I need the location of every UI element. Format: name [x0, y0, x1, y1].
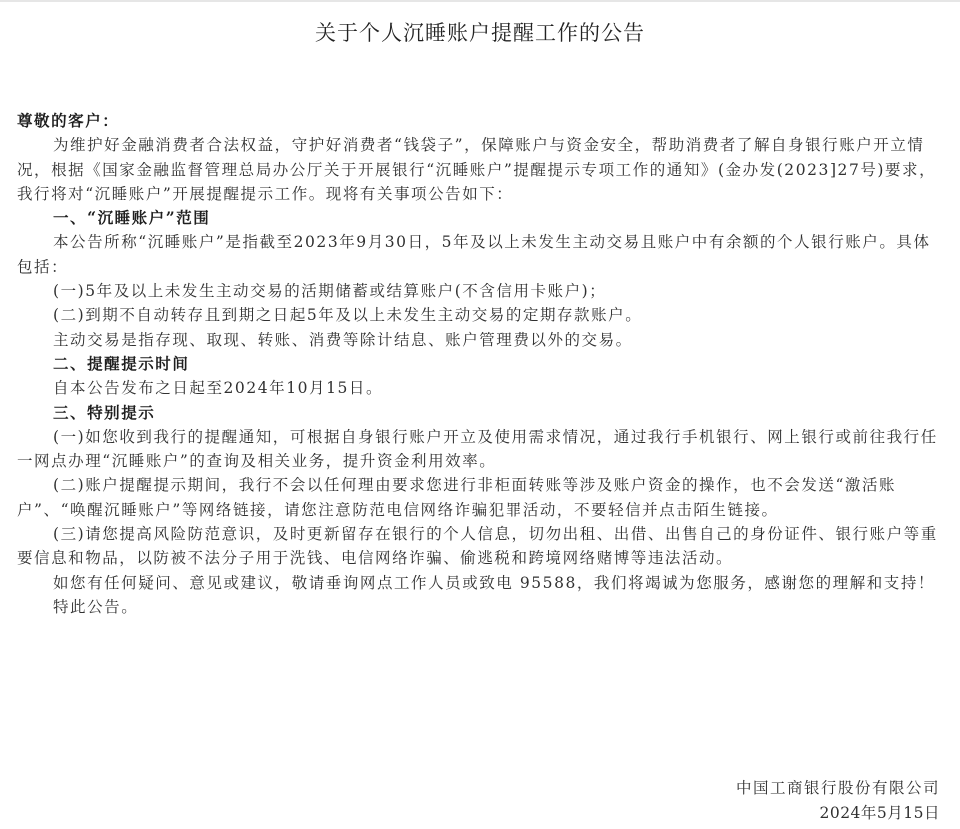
- period-text: 自本公告发布之日起至2024年10月15日。: [17, 376, 943, 400]
- final-statement: 特此公告。: [17, 595, 943, 619]
- scope-definition: 本公告所称“沉睡账户”是指截至2023年9月30日，5年及以上未发生主动交易且账…: [17, 230, 943, 279]
- section-heading-special-notes: 三、特别提示: [17, 401, 943, 425]
- top-divider: [0, 0, 960, 2]
- announcement-body: 尊敬的客户： 为维护好金融消费者合法权益，守护好消费者“钱袋子”，保障账户与资金…: [17, 109, 943, 619]
- closing-paragraph: 如您有任何疑问、意见或建议，敬请垂询网点工作人员或致电 95588，我们将竭诚为…: [17, 571, 943, 595]
- signature-organization: 中国工商银行股份有限公司: [736, 776, 940, 800]
- section-heading-period: 二、提醒提示时间: [17, 352, 943, 376]
- special-note-3: (三)请您提高风险防范意识，及时更新留存在银行的个人信息，切勿出租、出借、出售自…: [17, 522, 943, 571]
- special-note-2: (二)账户提醒提示期间，我行不会以任何理由要求您进行非柜面转账等涉及账户资金的操…: [17, 473, 943, 522]
- special-note-1: (一)如您收到我行的提醒通知，可根据自身银行账户开立及使用需求情况，通过我行手机…: [17, 425, 943, 474]
- scope-item-1: (一)5年及以上未发生主动交易的活期储蓄或结算账户(不含信用卡账户)；: [17, 279, 943, 303]
- intro-paragraph: 为维护好金融消费者合法权益，守护好消费者“钱袋子”，保障账户与资金安全，帮助消费…: [17, 133, 943, 206]
- section-heading-scope: 一、“沉睡账户”范围: [17, 206, 943, 230]
- scope-note: 主动交易是指存现、取现、转账、消费等除计结息、账户管理费以外的交易。: [17, 328, 943, 352]
- scope-item-2: (二)到期不自动转存且到期之日起5年及以上未发生主动交易的定期存款账户。: [17, 303, 943, 327]
- page-title: 关于个人沉睡账户提醒工作的公告: [0, 18, 960, 48]
- signature-date: 2024年5月15日: [819, 801, 940, 825]
- salutation: 尊敬的客户：: [17, 109, 943, 133]
